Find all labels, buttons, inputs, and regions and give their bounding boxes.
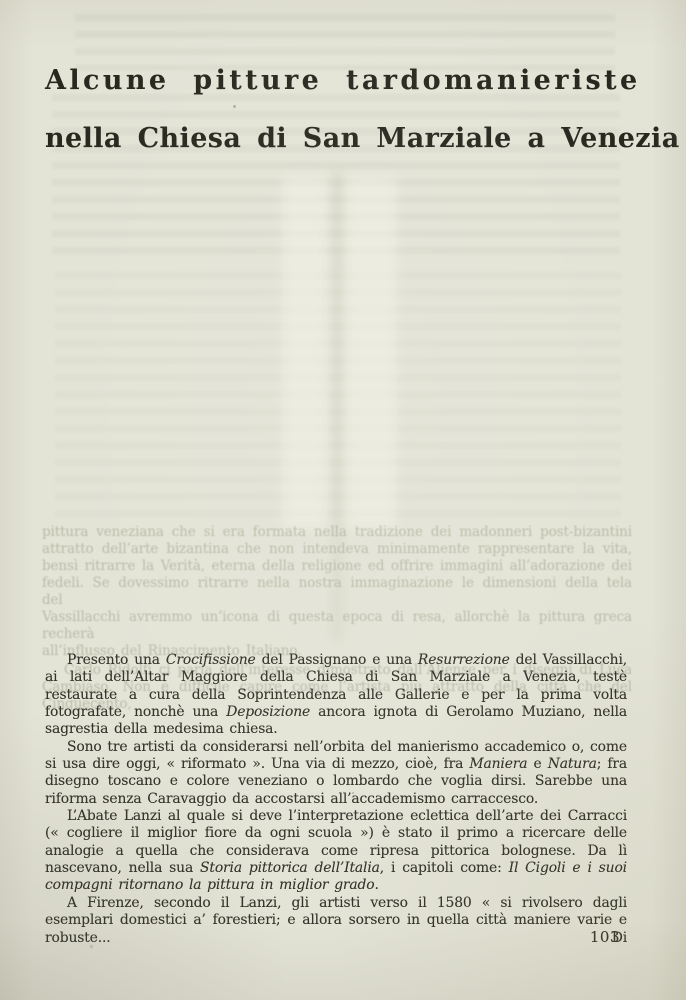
paragraph-4: A Firenze, secondo il Lanzi, gli artisti… xyxy=(45,895,627,947)
showthrough-line: pittura veneziana che si era formata nel… xyxy=(42,524,632,541)
showthrough-line: bensì ritrarre la Verità, eterna della r… xyxy=(42,558,632,575)
paragraph-3: L’Abate Lanzi al quale si deve l’interpr… xyxy=(45,808,627,895)
body-text: Presento una Crocifissione del Passignan… xyxy=(45,652,627,947)
paragraph-2: Sono tre artisti da considerarsi nell’or… xyxy=(45,739,627,808)
verso-plate-showthrough-right xyxy=(345,176,397,528)
article-title: Alcune pitture tardomanieriste nella Chi… xyxy=(45,62,623,158)
book-page: pittura veneziana che si era formata nel… xyxy=(0,0,686,1000)
showthrough-line: attratto dell’arte bizantina che non int… xyxy=(42,541,632,558)
paragraph-1: Presento una Crocifissione del Passignan… xyxy=(45,652,627,739)
verso-plate-showthrough-left xyxy=(282,176,328,528)
page-title-line-1: Alcune pitture tardomanieriste xyxy=(45,62,623,100)
showthrough-line: Vassillacchi avremmo un’icona di questa … xyxy=(42,609,632,643)
verso-plate-seam xyxy=(333,170,342,640)
showthrough-line: fedeli. Se dovessimo ritrarre nella nost… xyxy=(42,575,632,609)
page-title-line-2: nella Chiesa di San Marziale a Venezia xyxy=(45,120,623,158)
page-number: 103 xyxy=(590,928,620,946)
verso-showthrough-band-middle xyxy=(55,272,621,522)
